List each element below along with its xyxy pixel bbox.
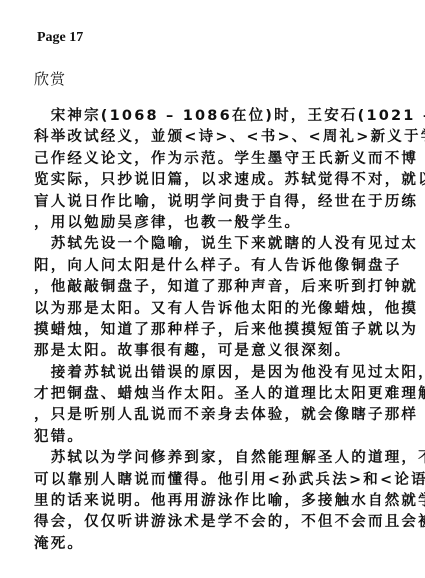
text-line: 可以靠别人瞎说而懂得。他引用<孙武兵法>和<论语> bbox=[34, 470, 414, 491]
text-line: 阳，向人问太阳是什么样子。有人告诉他像铜盘子 bbox=[34, 256, 414, 277]
text-line: 宋神宗(1068 – 1086在位)时，王安石(1021 – 1086)当宰相， bbox=[34, 106, 414, 127]
text-line: 接着苏轼说出错误的原因，是因为他没有见过太阳， bbox=[34, 363, 414, 384]
text-line: 己作经义论文，作为示范。学生墨守王氏新义而不博 bbox=[34, 149, 414, 170]
text-line: 览实际，只抄说旧篇，以求速成。苏轼觉得不对，就以 bbox=[34, 170, 414, 191]
text-line: ，用以勉励吴彦律，也教一般学生。 bbox=[34, 213, 414, 234]
text-line: 盲人说日作比喻，说明学问贵于自得，经世在于历练 bbox=[34, 192, 414, 213]
text-line: 摸蜡烛，知道了那种样子，后来他摸摸短笛子就以为 bbox=[34, 320, 414, 341]
text-line: ，只是听别人乱说而不亲身去体验，就会像瞎子那样 bbox=[34, 405, 414, 426]
text-line: 那是太阳。故事很有趣，可是意义很深刻。 bbox=[34, 341, 414, 362]
text-line: 科举改试经义，並颁<诗>、<书>、<周礼>新义于学校，自 bbox=[34, 127, 414, 148]
section-heading: 欣赏 bbox=[34, 68, 66, 89]
text-line: 犯错。 bbox=[34, 427, 414, 448]
text-line: 苏轼以为学问修养到家，自然能理解圣人的道理，不 bbox=[34, 448, 414, 469]
text-line: 淹死。 bbox=[34, 534, 414, 555]
page-number: Page 17 bbox=[37, 30, 83, 46]
text-line: 里的话来说明。他再用游泳作比喻，多接触水自然就学 bbox=[34, 491, 414, 512]
text-line: ，他敲敲铜盘子，知道了那种声音，后来听到打钟就 bbox=[34, 277, 414, 298]
text-line: 才把铜盘、蜡烛当作太阳。圣人的道理比太阳更难理解 bbox=[34, 384, 414, 405]
body-text: 宋神宗(1068 – 1086在位)时，王安石(1021 – 1086)当宰相，… bbox=[34, 106, 414, 555]
text-line: 苏轼先设一个隐喻，说生下来就瞎的人没有见过太 bbox=[34, 234, 414, 255]
text-line: 以为那是太阳。又有人告诉他太阳的光像蜡烛，他摸 bbox=[34, 299, 414, 320]
text-line: 得会，仅仅听讲游泳术是学不会的，不但不会而且会被 bbox=[34, 512, 414, 533]
